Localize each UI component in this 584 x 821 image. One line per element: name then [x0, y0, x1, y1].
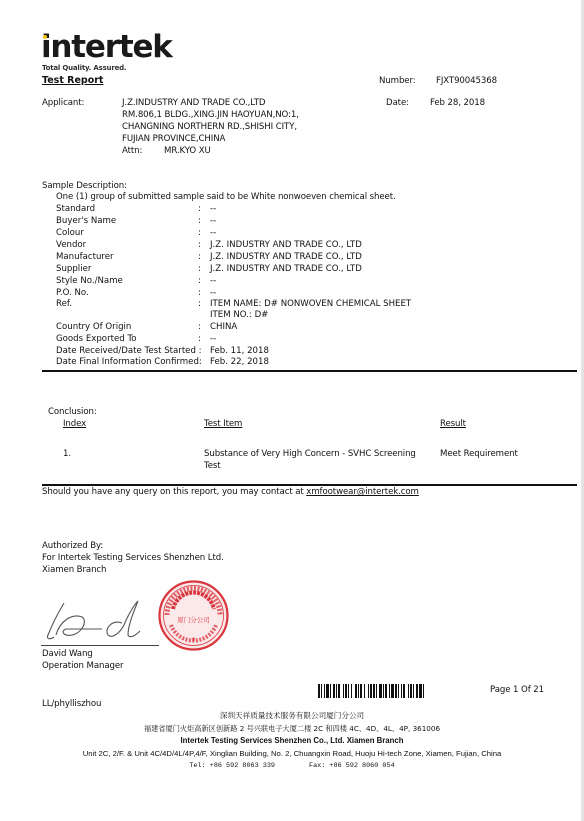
field-label: Goods Exported To — [56, 334, 137, 346]
contact-note: Should you have any query on this report… — [42, 487, 419, 499]
attn-label: Attn: — [122, 146, 142, 158]
logo-wordmark: intertek — [41, 30, 172, 64]
field-value: J.Z. INDUSTRY AND TRADE CO., LTD — [210, 252, 362, 264]
date-label: Date: — [386, 98, 409, 110]
field-value: -- — [210, 228, 216, 240]
report-date: Feb 28, 2018 — [430, 98, 485, 110]
signer-name: David Wang — [42, 649, 93, 661]
contact-text: Should you have any query on this report… — [42, 487, 306, 497]
field-label: Ref. — [56, 299, 72, 311]
field-label: Standard — [56, 204, 95, 216]
logo-dot-icon — [43, 35, 47, 39]
attn-value: MR.KYO XU — [164, 146, 211, 158]
applicant-line-1: J.Z.INDUSTRY AND TRADE CO.,LTD — [122, 98, 265, 110]
signer-title: Operation Manager — [42, 661, 123, 673]
footer-tel: Tel: +86 592 8063 339 — [189, 762, 275, 770]
logo-tagline: Total Quality. Assured. — [42, 64, 126, 72]
colon: : — [198, 276, 201, 288]
footer-en-address: Unit 2C, 2/F. & Unit 4C/4D/4L/4P,4/F, Xi… — [0, 749, 584, 759]
applicant-line-2: RM.806,1 BLDG.,XING.JIN HAOYUAN,NO:1, — [122, 110, 299, 122]
field-value: -- — [210, 334, 216, 346]
section-divider — [42, 370, 577, 372]
footer-cn-company: 深圳天祥质量技术服务有限公司厦门分公司 — [0, 711, 584, 721]
footer-contact: Tel: +86 592 8063 339Fax: +86 592 8060 0… — [0, 761, 584, 771]
colon: : — [198, 264, 201, 276]
field-value: J.Z. INDUSTRY AND TRADE CO., LTD — [210, 264, 362, 276]
field-label: P.O. No. — [56, 288, 89, 300]
authorized-by-heading: Authorized By: — [42, 541, 103, 553]
row-index: 1. — [63, 449, 71, 461]
field-label: Supplier — [56, 264, 91, 276]
colon: : — [198, 299, 201, 311]
svg-text:厦门分公司: 厦门分公司 — [177, 615, 210, 624]
field-label: Manufacturer — [56, 252, 114, 264]
field-label: Colour — [56, 228, 84, 240]
footer-en-company: Intertek Testing Services Shenzhen Co., … — [0, 736, 584, 746]
authorizing-company: For Intertek Testing Services Shenzhen L… — [42, 553, 224, 565]
field-value: Feb. 22, 2018 — [210, 357, 269, 369]
report-title: Test Report — [42, 75, 103, 86]
field-label: Style No./Name — [56, 276, 123, 288]
signature-image — [42, 595, 157, 645]
sample-summary: One (1) group of submitted sample said t… — [56, 192, 396, 204]
contact-email-link[interactable]: xmfootwear@intertek.com — [306, 487, 419, 497]
colon: : — [198, 240, 201, 252]
row-test-item: Substance of Very High Concern - SVHC Sc… — [204, 449, 416, 461]
column-header-result: Result — [440, 419, 466, 431]
field-label: Buyer's Name — [56, 216, 116, 228]
field-value: -- — [210, 204, 216, 216]
field-label: Country Of Origin — [56, 322, 131, 334]
svg-text:★: ★ — [191, 636, 196, 643]
field-value: CHINA — [210, 322, 237, 334]
row-result: Meet Requirement — [440, 449, 518, 461]
colon: : — [198, 322, 201, 334]
applicant-line-4: FUJIAN PROVINCE,CHINA — [122, 134, 225, 146]
field-label: Vendor — [56, 240, 86, 252]
colon: : — [198, 204, 201, 216]
conclusion-heading: Conclusion: — [48, 407, 97, 419]
field-label: Date Final Information Confirmed: — [56, 357, 202, 369]
column-header-index: Index — [63, 419, 86, 431]
field-value: Feb. 11, 2018 — [210, 346, 269, 358]
field-value: -- — [210, 216, 216, 228]
signature-line — [41, 645, 159, 646]
applicant-line-3: CHANGNING NORTHERN RD.,SHISHI CITY, — [122, 122, 297, 134]
colon: : — [198, 288, 201, 300]
footer-cn-address: 福建省厦门火炬高新区创新路 2 号兴联电子大厦二楼 2C 和四楼 4C、4D、4… — [0, 724, 584, 734]
report-number: FJXT90045368 — [436, 76, 497, 88]
preparer-initials: LL/phylliszhou — [42, 699, 101, 711]
colon: : — [198, 216, 201, 228]
field-value: ITEM NAME: D# NONWOVEN CHEMICAL SHEET — [210, 299, 411, 311]
company-seal-stamp: 厦门分公司 ★ — [157, 579, 230, 652]
field-value: -- — [210, 288, 216, 300]
number-label: Number: — [379, 76, 416, 88]
field-value: -- — [210, 276, 216, 288]
field-label: Date Received/Date Test Started : — [56, 346, 202, 358]
applicant-label: Applicant: — [42, 98, 84, 110]
colon: : — [198, 228, 201, 240]
footer-fax: Fax: +86 592 8060 054 — [309, 762, 395, 770]
row-test-item-line-2: Test — [204, 461, 221, 473]
barcode — [318, 684, 476, 698]
column-header-test-item: Test Item — [204, 419, 242, 431]
colon: : — [198, 252, 201, 264]
page-number: Page 1 Of 21 — [490, 685, 544, 697]
field-value: ITEM NO.: D# — [210, 310, 268, 322]
sample-heading: Sample Description: — [42, 181, 127, 193]
colon: : — [198, 334, 201, 346]
authorizing-branch: Xiamen Branch — [42, 565, 106, 577]
field-value: J.Z. INDUSTRY AND TRADE CO., LTD — [210, 240, 362, 252]
section-divider — [42, 484, 577, 486]
